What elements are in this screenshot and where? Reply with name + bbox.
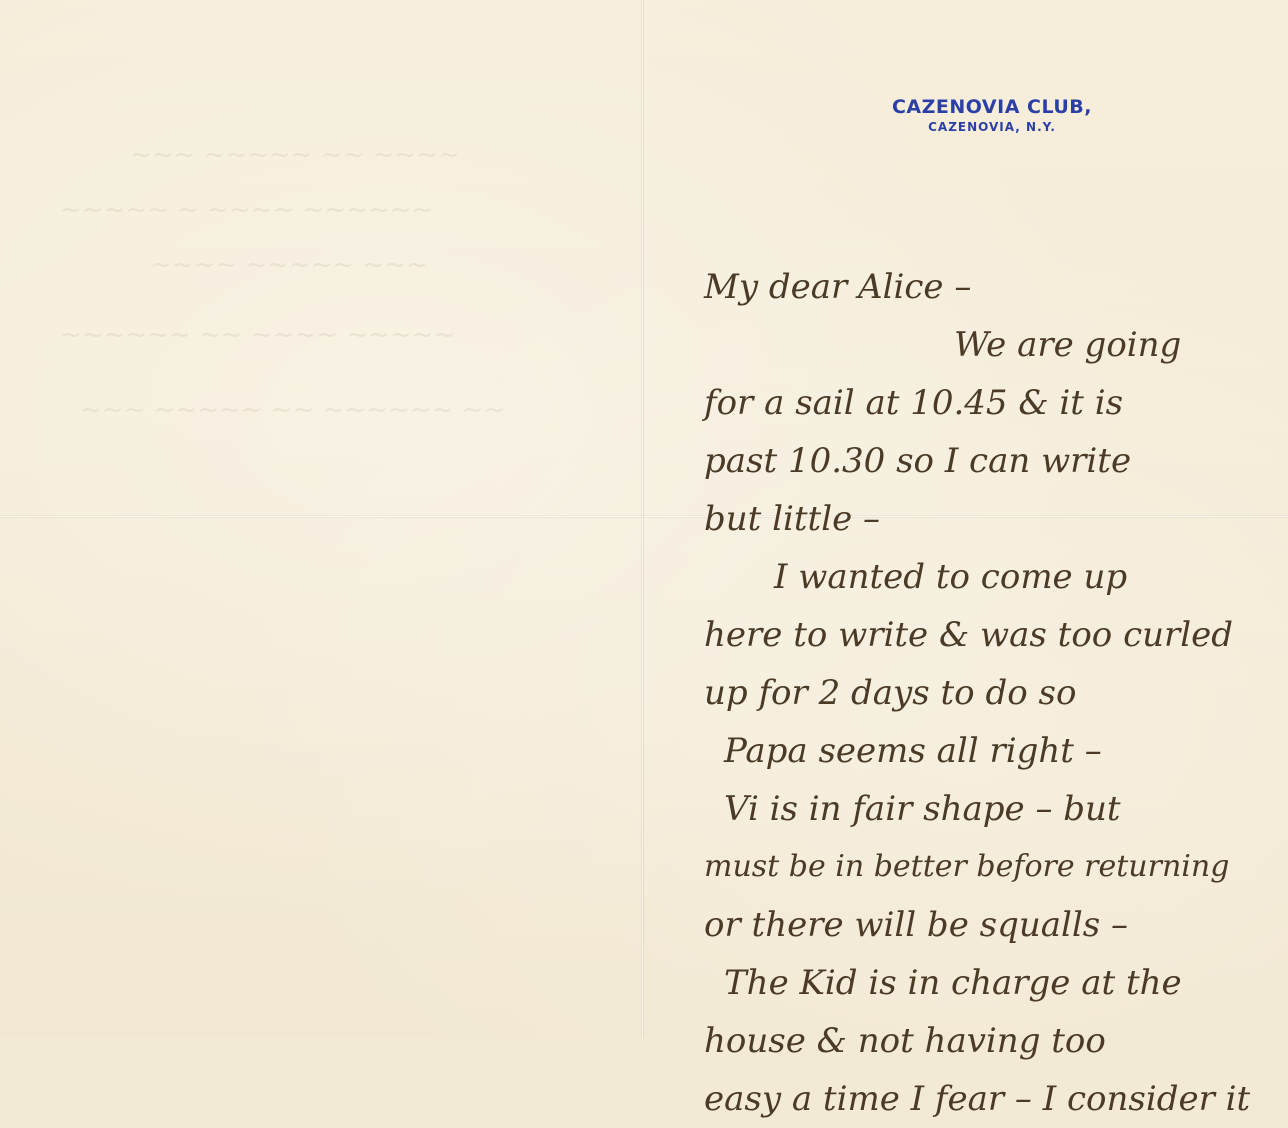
- letterhead-location: CAZENOVIA, N.Y.: [872, 120, 1112, 134]
- letterhead: CAZENOVIA CLUB, CAZENOVIA, N.Y.: [872, 96, 1112, 134]
- letter-line: here to write & was too curled: [704, 606, 1284, 664]
- letter-scan: ~~~ ~~~~~ ~~ ~~~~ ~~~~~ ~ ~~~~ ~~~~~~ ~~…: [0, 0, 1288, 1038]
- right-page: CAZENOVIA CLUB, CAZENOVIA, N.Y. My dear …: [644, 0, 1288, 1038]
- letter-line: I wanted to come up: [704, 548, 1284, 606]
- bleed-through-text: ~~~ ~~~~~ ~~ ~~~~: [130, 140, 460, 170]
- left-page: ~~~ ~~~~~ ~~ ~~~~ ~~~~~ ~ ~~~~ ~~~~~~ ~~…: [0, 0, 642, 1038]
- salutation: My dear Alice –: [704, 258, 1284, 316]
- letter-line: Vi is in fair shape – but: [704, 780, 1284, 838]
- bleed-through-text: ~~~ ~~~~~ ~~ ~~~~~~ ~~: [80, 395, 505, 425]
- letter-line: for a sail at 10.45 & it is: [704, 374, 1284, 432]
- letter-line: but little –: [704, 490, 1284, 548]
- bleed-through-text: ~~~~ ~~~~~ ~~~: [150, 250, 428, 280]
- letter-line: must be in better before returning: [704, 838, 1284, 896]
- letter-line: up for 2 days to do so: [704, 664, 1284, 722]
- letter-line: or there will be squalls –: [704, 896, 1284, 954]
- letter-line: past 10.30 so I can write: [704, 432, 1284, 490]
- bleed-through-text: ~~~~~ ~ ~~~~ ~~~~~~: [60, 195, 433, 225]
- letterhead-club-name: CAZENOVIA CLUB,: [872, 96, 1112, 118]
- letter-line: The Kid is in charge at the: [704, 954, 1284, 1012]
- letter-line: Papa seems all right –: [704, 722, 1284, 780]
- handwritten-body: My dear Alice – We are going for a sail …: [704, 258, 1284, 1038]
- letter-line: We are going: [704, 316, 1284, 374]
- bleed-through-text: ~~~~~~ ~~ ~~~~ ~~~~~: [60, 320, 455, 350]
- letter-line: house & not having too: [704, 1012, 1284, 1038]
